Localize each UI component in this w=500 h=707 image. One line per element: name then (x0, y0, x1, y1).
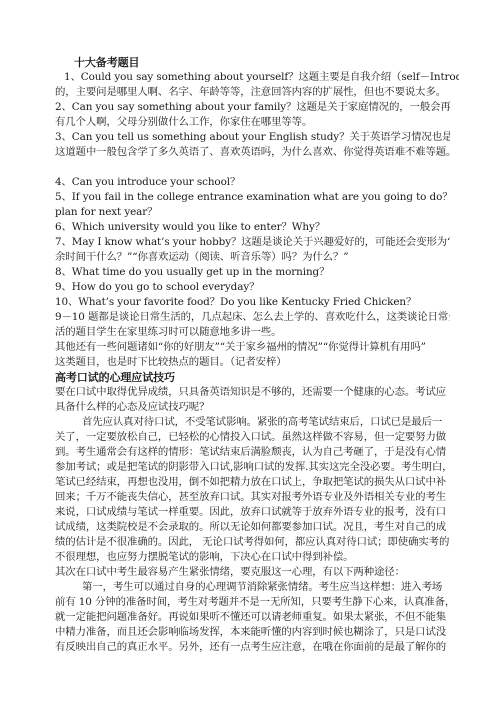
body-line: 要在口试中取得优异成绩，只具备英语知识是不够的，还需要一个健康的心态。考试应 (55, 385, 450, 400)
body-line: 回来；千万不能丧失信心，甚至放弃口试。其实对报考外语专业及外语相关专业的考生 (55, 490, 450, 505)
note-line-2: 活的题目学生在家里练习时可以随意地多讲一些。 (55, 325, 450, 340)
body-line: 不很理想，也应努力摆脱笔试的影响，下决心在口试中得到补偿。 (55, 550, 450, 565)
body-line: 到。考生通常会有这样的情形：笔试结束后满脸颓丧，认为自己考砸了，于是没有心情 (55, 445, 450, 460)
body-line: 中精力准备，而且还会影响临场发挥，本来能听懂的内容到时候也糊涂了，只是口试没 (55, 625, 450, 640)
question-1-line-1: 1、Could you say something about yourself… (64, 70, 459, 85)
body-line: 试成绩，这类院校是不会录取的。所以无论如何都要参加口试。况且，考生对自己的成 (55, 520, 450, 535)
body-line: 绩的估计是不很准确的。因此， 无论口试考得如何，都应认真对待口试；即使确实考的 (55, 535, 450, 550)
question-3-line-2: 这道题中一般包含学了多久英语了、喜欢英语吗，为什么喜欢、你觉得英语难不难等题。 (55, 145, 450, 160)
question-2-line-1: 2、Can you say something about your famil… (55, 100, 450, 115)
question-9: 9、How do you go to school everyday？ (55, 280, 450, 295)
body-line: 笔试已经结束，再想也没用，倒不如把精力放在口试上，争取把笔试的损失从口试中补 (55, 475, 450, 490)
question-8: 8、What time do you usually get up in the… (55, 265, 450, 280)
body-line: 第一，考生可以通过自身的心理调节消除紧张情绪。考生应当这样想：进入考场 (82, 580, 450, 595)
question-10: 10、What’s your favorite food？Do you like… (55, 295, 450, 310)
body-line: 有反映出自己的真正水平。另外，还有一点考生应注意，在哦在你面前的是最了解你的 (55, 640, 450, 655)
note-line-3: 其他还有一些问题诸如“你的好朋友”“关于家乡福州的情况”“你觉得计算机有用吗” (55, 340, 450, 355)
body-line: 关了，一定要放松自己，已轻松的心情投入口试。虽然这样做不容易，但一定要努力做 (55, 430, 450, 445)
body-line: 其次在口试中考生最容易产生紧张情绪，要克服这一心理，有以下两种途径： (55, 565, 450, 580)
document-page: 十大备考题目 1、Could you say something about y… (0, 0, 500, 707)
question-4: 4、Can you introduce your school？ (55, 175, 450, 190)
note-line-4: 这类题目，也是时下比较热点的题目。（记者安梓） (55, 355, 450, 370)
question-6: 6、Which university would you like to ent… (55, 220, 450, 235)
question-7-line-1: 7、May I know what’s your hobby？这题是谈论关于兴趣… (55, 235, 450, 250)
question-5-line-2: plan for next year？ (55, 205, 450, 220)
question-7-line-2: 余时间干什么？”“你喜欢运动（阅读、听音乐等）吗？为什么？” (55, 250, 450, 265)
question-5-line-1: 5、If you fail in the college entrance ex… (55, 190, 450, 205)
body-line: 前有 10 分钟的准备时间，考生对考题并不是一无所知，只要考生静下心来，认真准备… (55, 595, 450, 610)
body-line: 就一定能把问题准备好。再说如果听不懂还可以请老师重复。如果太紧张，不但不能集 (55, 610, 450, 625)
body-line: 具备什么样的心态及应试技巧呢？ (55, 400, 450, 415)
question-1-line-2: 的，主要问是哪里人啊、名字、年龄等等，注意回答内容的扩展性，但也不要说太多。 (55, 85, 450, 100)
document-title: 十大备考题目 (74, 55, 469, 70)
section-heading: 高考口试的心理应试技巧 (55, 370, 450, 385)
question-3-line-1: 3、Can you tell us something about your E… (55, 130, 450, 145)
question-2-line-2: 有几个人啊，父母分别做什么工作，你家住在哪里等等。 (55, 115, 450, 130)
body-line: 参加考试；或是把笔试的阴影带入口试,影响口试的发挥.其实这完全没必要。考生明白， (55, 460, 450, 475)
note-line-1: 9－10 题都是谈论日常生活的，几点起床、怎么去上学的、喜欢吃什么，这类谈论日常… (55, 310, 450, 325)
body-line: 来说，口试成绩与笔试一样重要。因此，放弃口试就等于放弃外语专业的报考，没有口 (55, 505, 450, 520)
body-line: 首先应认真对待口试，不受笔试影响。紧张的高考笔试结束后，口试已是最后一 (82, 415, 450, 430)
